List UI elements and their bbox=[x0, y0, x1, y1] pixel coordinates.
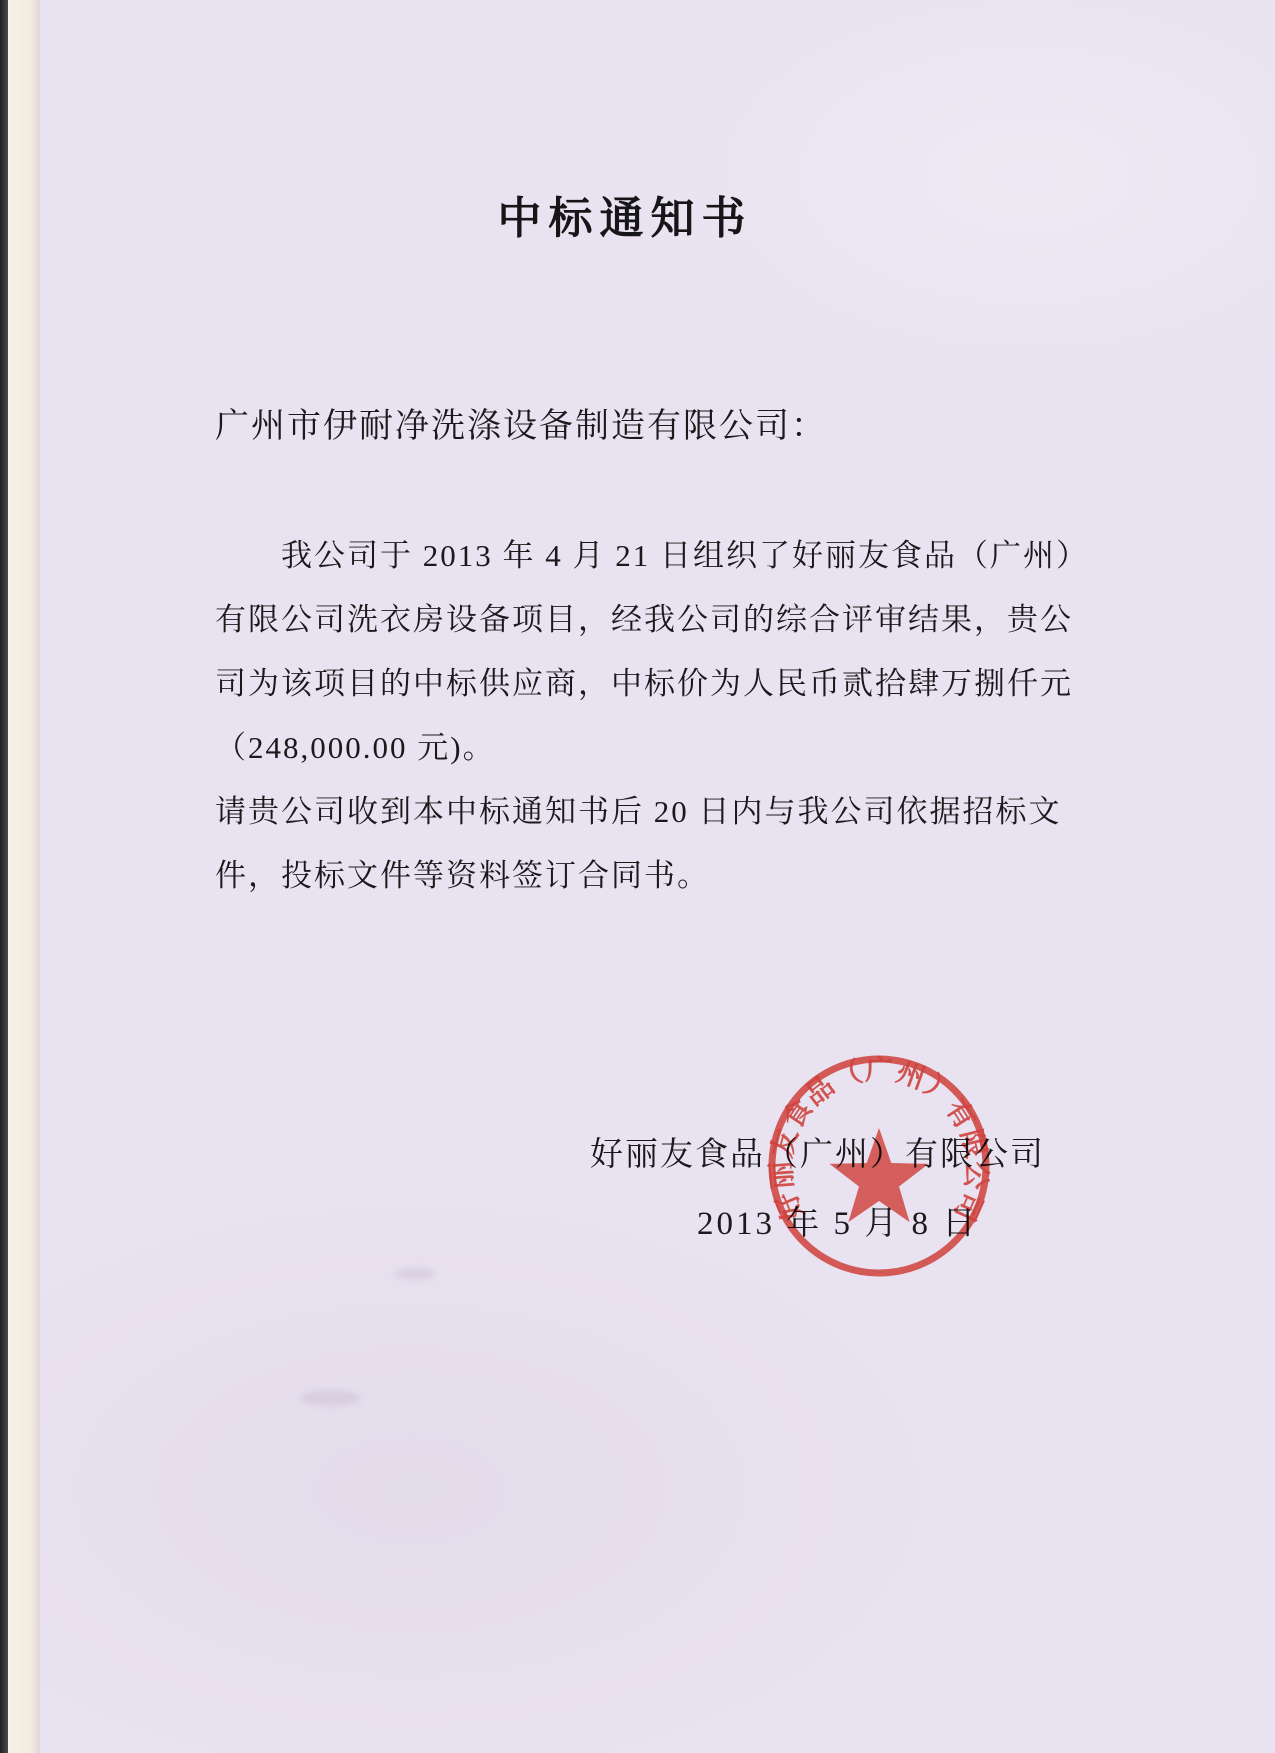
addressee-line: 广州市伊耐净洗涤设备制造有限公司： bbox=[215, 398, 1075, 447]
scanner-edge-shadow bbox=[0, 0, 8, 1753]
letter-body: 我公司于 2013 年 4 月 21 日组织了好丽友食品（广州） 有限公司洗衣房… bbox=[215, 524, 1050, 908]
scan-smudge bbox=[300, 1390, 360, 1406]
document-title: 中标通知书 bbox=[215, 182, 1035, 246]
body-line-1: 我公司于 2013 年 4 月 21 日组织了好丽友食品（广州） bbox=[215, 524, 1050, 588]
paper-edge-strip bbox=[8, 0, 40, 1753]
body-line-6: 件，投标文件等资料签订合同书。 bbox=[215, 844, 1050, 908]
scan-smudge bbox=[395, 1268, 435, 1280]
scanned-document-page: { "document": { "title": "中标通知书", "addre… bbox=[0, 0, 1275, 1753]
body-line-3: 司为该项目的中标供应商，中标价为人民币贰拾肆万捌仟元 bbox=[215, 652, 1050, 716]
body-line-5: 请贵公司收到本中标通知书后 20 日内与我公司依据招标文 bbox=[215, 780, 1050, 844]
body-line-2: 有限公司洗衣房设备项目，经我公司的综合评审结果，贵公 bbox=[215, 588, 1050, 652]
signature-date: 2013 年 5 月 8 日 bbox=[697, 1197, 978, 1244]
signature-company-name: 好丽友食品（广州）有限公司 bbox=[590, 1128, 1045, 1175]
body-line-4: （248,000.00 元)。 bbox=[215, 716, 1050, 780]
